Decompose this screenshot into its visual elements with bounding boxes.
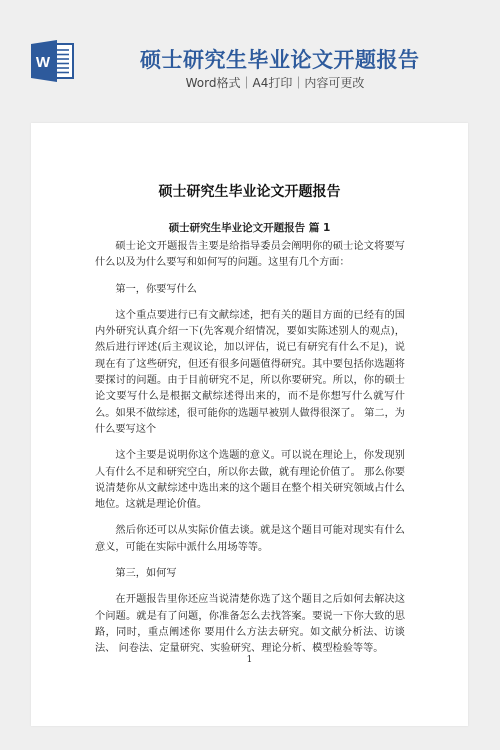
svg-text:W: W [36, 54, 51, 71]
page-number: 1 [31, 655, 468, 665]
document-body: 硕士论文开题报告主要是给指导委员会阐明你的硕士论文将要写什么以及为什么要写和如何… [95, 239, 405, 668]
paragraph-significance: 这个主要是说明你这个选题的意义。可以说在理论上，你发现别人有什么不足和研究空白，… [95, 448, 405, 513]
paragraph-literature-review: 这个重点要进行已有文献综述，把有关的题目方面的已经有的国内外研究认真介绍一下(先… [95, 308, 405, 438]
banner: W 硕士研究生毕业论文开题报告 Word格式｜A4打印｜内容可更改 [0, 0, 500, 123]
word-document-icon: W [31, 40, 77, 82]
paragraph-methods: 在开题报告里你还应当说清楚你选了这个题目之后如何去解决这个问题。就是有了问题，你… [95, 592, 405, 657]
document-page: 硕士研究生毕业论文开题报告 硕士研究生毕业论文开题报告 篇 1 硕士论文开题报告… [31, 123, 468, 726]
paragraph-heading-third: 第三，如何写 [95, 566, 405, 582]
document-subtitle: 硕士研究生毕业论文开题报告 篇 1 [31, 220, 468, 235]
paragraph-practical-value: 然后你还可以从实际价值去谈。就是这个题目可能对现实有什么意义，可能在实际中派什么… [95, 523, 405, 556]
document-title: 硕士研究生毕业论文开题报告 [31, 181, 468, 201]
banner-subtitle: Word格式｜A4打印｜内容可更改 [140, 74, 410, 91]
banner-title: 硕士研究生毕业论文开题报告 [140, 44, 410, 74]
paragraph-heading-first: 第一，你要写什么 [95, 282, 405, 298]
paragraph-intro: 硕士论文开题报告主要是给指导委员会阐明你的硕士论文将要写什么以及为什么要写和如何… [95, 239, 405, 272]
